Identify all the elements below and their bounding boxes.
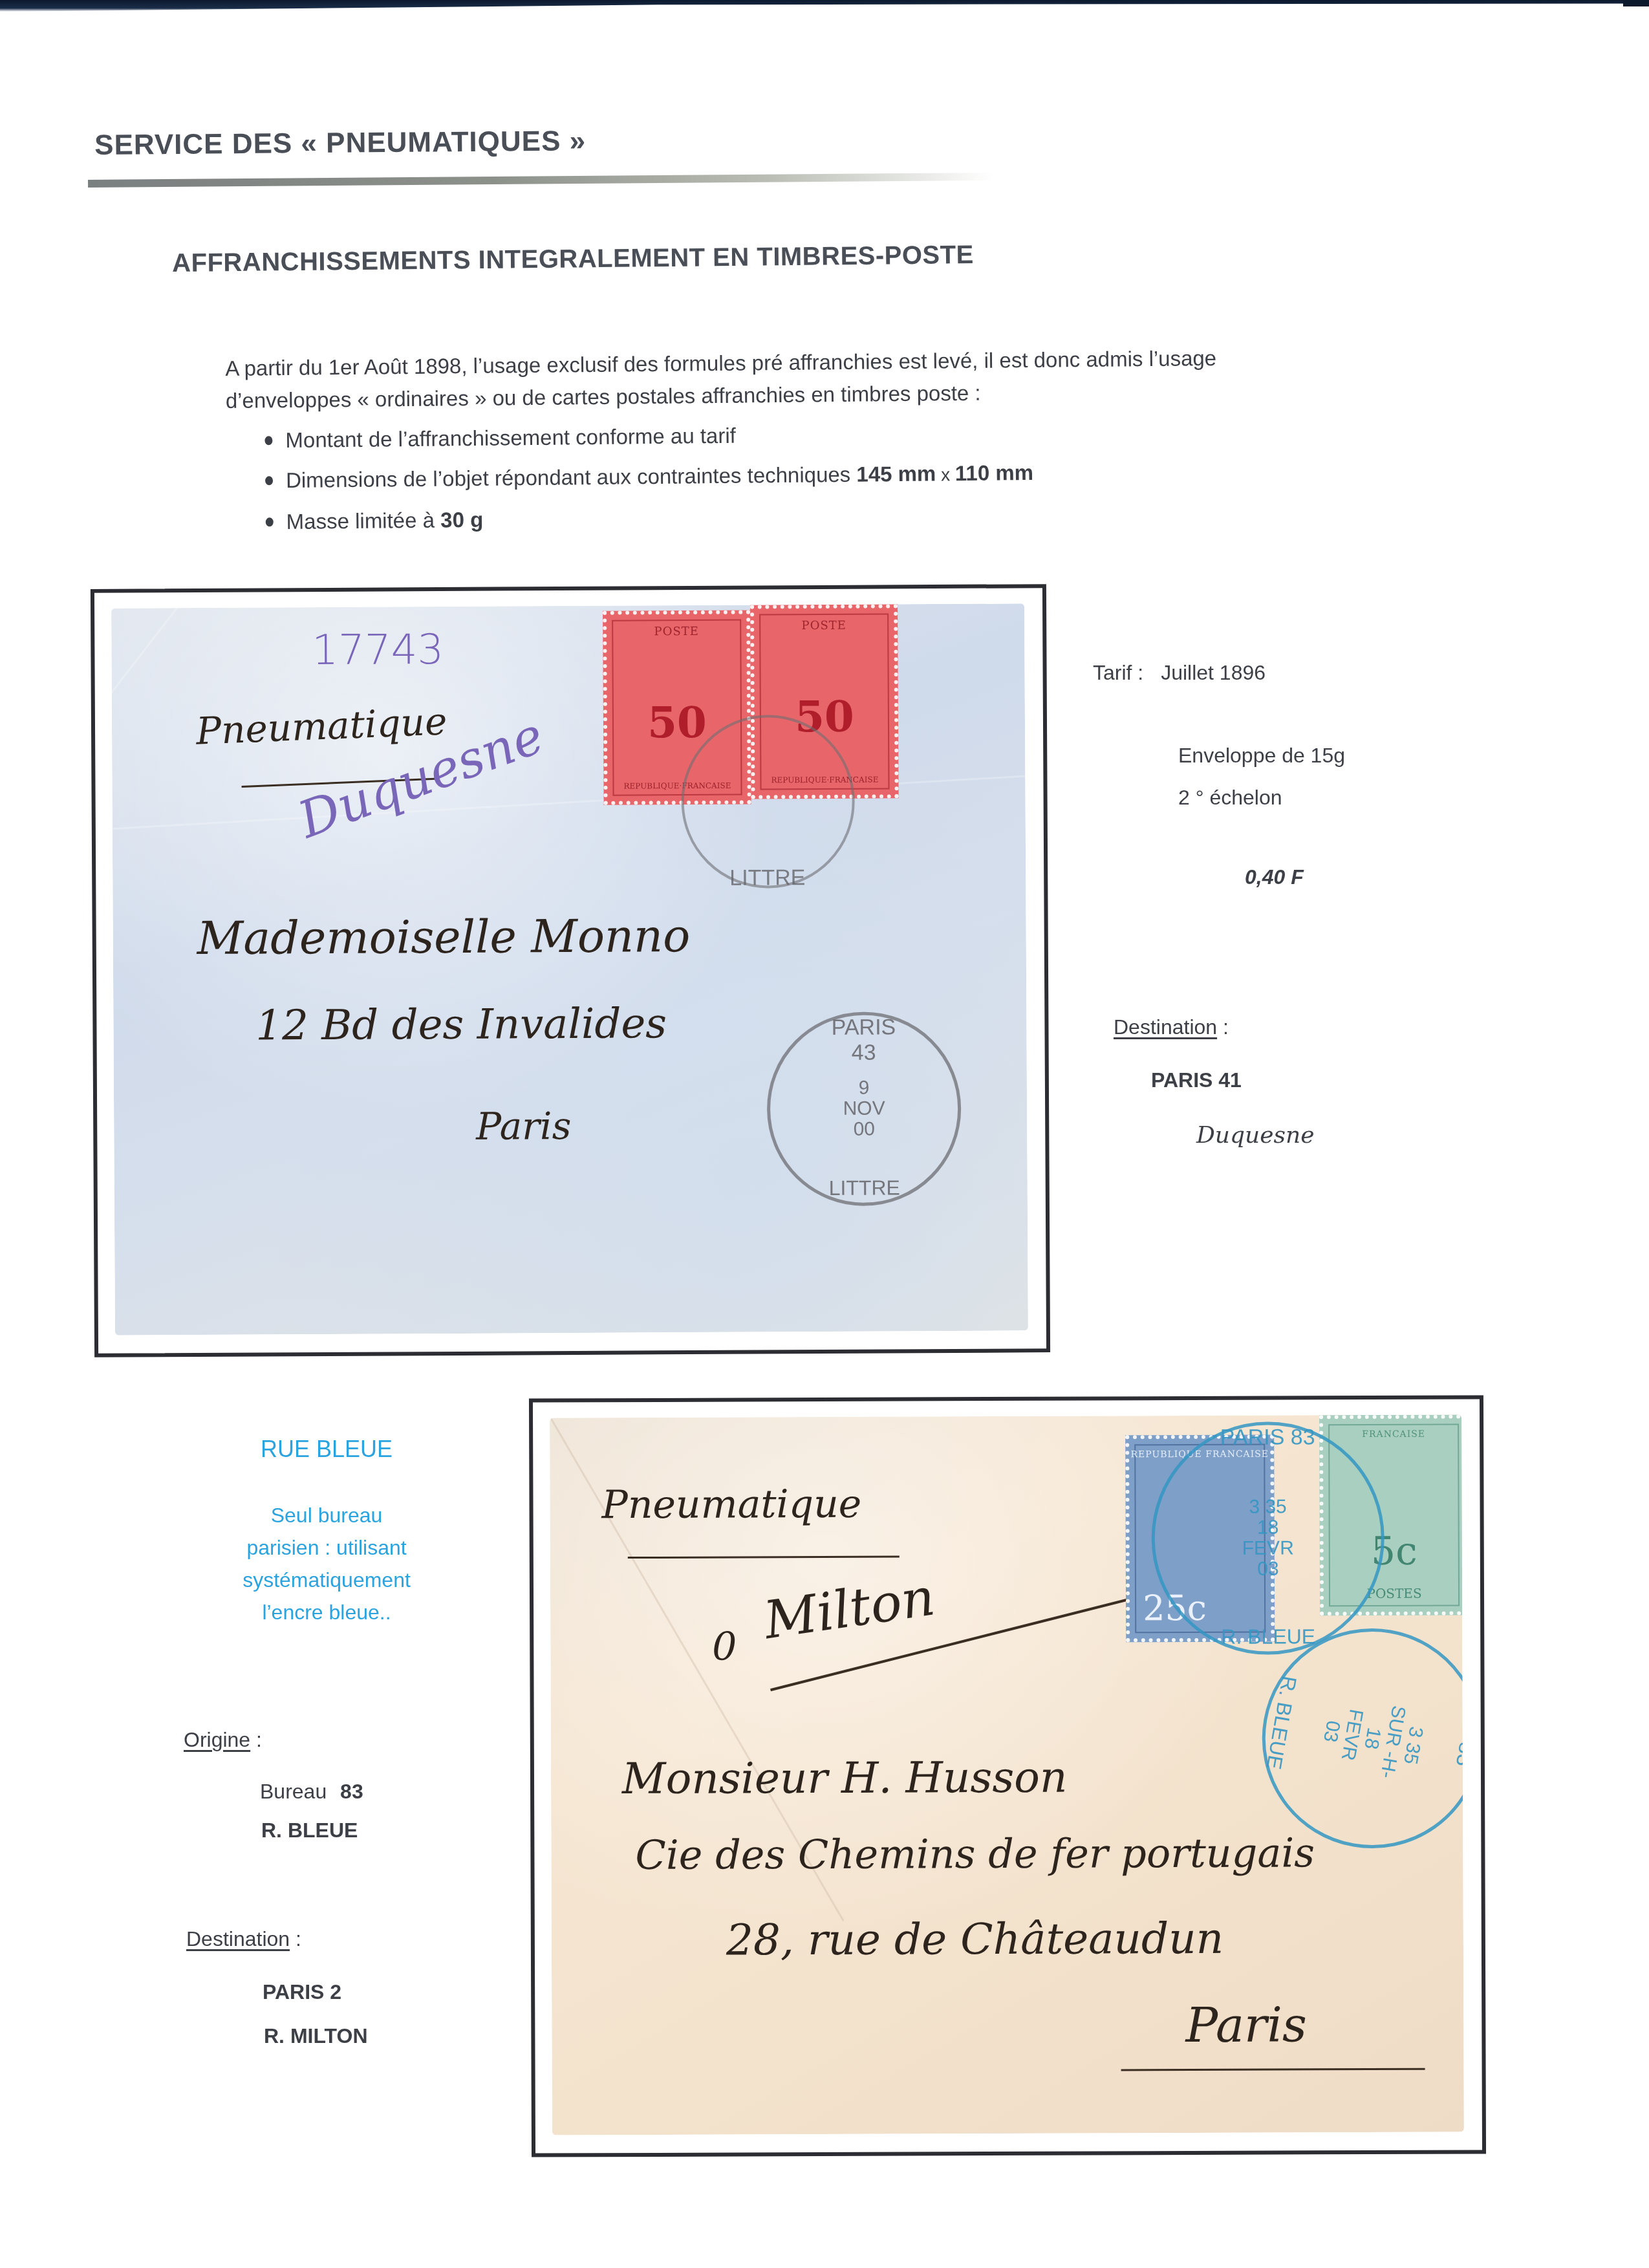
handwritten-pneumatique: Pneumatique [601,1482,861,1528]
handwritten-city: Paris [476,1104,571,1149]
intro-text: A partir du 1er Août 1898, l’usage exclu… [225,340,1391,543]
weight-note: Enveloppe de 15g [1178,744,1345,768]
handwritten-city: Paris [1185,1997,1307,2053]
scan-edge-corner [1623,0,1649,6]
tarif-label: Tarif : [1093,661,1143,684]
cancel-postmark-on-stamps: LITTRE [681,715,855,889]
postmark-paris-43: PARIS 43 9 NOV 00 LITTRE [766,1011,962,1207]
handwritten-street: 12 Bd des Invalides [255,1000,667,1050]
handwritten-underline [1121,2068,1425,2071]
handwritten-number: 17743 [312,626,444,675]
echelon-note: 2 ° échelon [1178,786,1282,810]
destination-name-2: R. MILTON [264,2024,368,2048]
envelope-crease [111,607,178,1222]
page-title: SERVICE DES « PNEUMATIQUES » [94,125,586,162]
handwritten-underline [628,1556,900,1559]
cover-2-envelope: Pneumatique 0 Milton Monsieur H. Husson … [550,1415,1464,2135]
origin-bureau: Bureau 83 [260,1780,363,1804]
destination-name-1: Duquesne [1196,1122,1315,1149]
handwritten-company: Cie des Chemins de fer portugais [635,1829,1315,1879]
destination-heading-1: Destination : [1114,1015,1229,1039]
tarif-value: Juillet 1896 [1161,661,1266,684]
postmark-rue-bleue-stamps: PARIS 83 3 35 18 FEVR 03 R. BLEUE [1151,1421,1385,1655]
rue-bleue-heading: RUE BLEUE [213,1436,440,1463]
handwritten-pneumatique: Pneumatique [195,699,448,753]
cover-1-frame: 17743 Pneumatique Duquesne Mademoiselle … [91,584,1050,1357]
handwritten-addressee: Mademoiselle Monno [197,909,691,965]
amount-note: 0,40 F [1245,865,1304,889]
handwritten-office-milton: Milton [760,1566,938,1650]
tarif-row: Tarif : Juillet 1896 [1093,661,1266,685]
requirements-list: Montant de l’affranchissement conforme a… [226,409,1391,543]
destination-heading-2: Destination : [186,1927,301,1951]
destination-office-1: PARIS 41 [1151,1068,1242,1092]
handwritten-addressee: Monsieur H. Husson [622,1753,1068,1804]
origin-heading: Origine : [184,1728,262,1752]
cover-2-frame: Pneumatique 0 Milton Monsieur H. Husson … [529,1395,1486,2157]
origin-name: R. BLEUE [261,1819,358,1842]
title-rule [88,173,993,188]
section-subtitle: AFFRANCHISSEMENTS INTEGRALEMENT EN TIMBR… [172,241,974,278]
destination-office-2: PARIS 2 [263,1980,341,2004]
cover-1-envelope: 17743 Pneumatique Duquesne Mademoiselle … [111,603,1028,1335]
handwritten-prefix: 0 [712,1624,737,1669]
handwritten-street: 28, rue de Châteaudun [726,1914,1224,1965]
rue-bleue-description: Seul bureau parisien : utilisant systéma… [194,1499,459,1628]
scan-edge [0,0,1649,12]
